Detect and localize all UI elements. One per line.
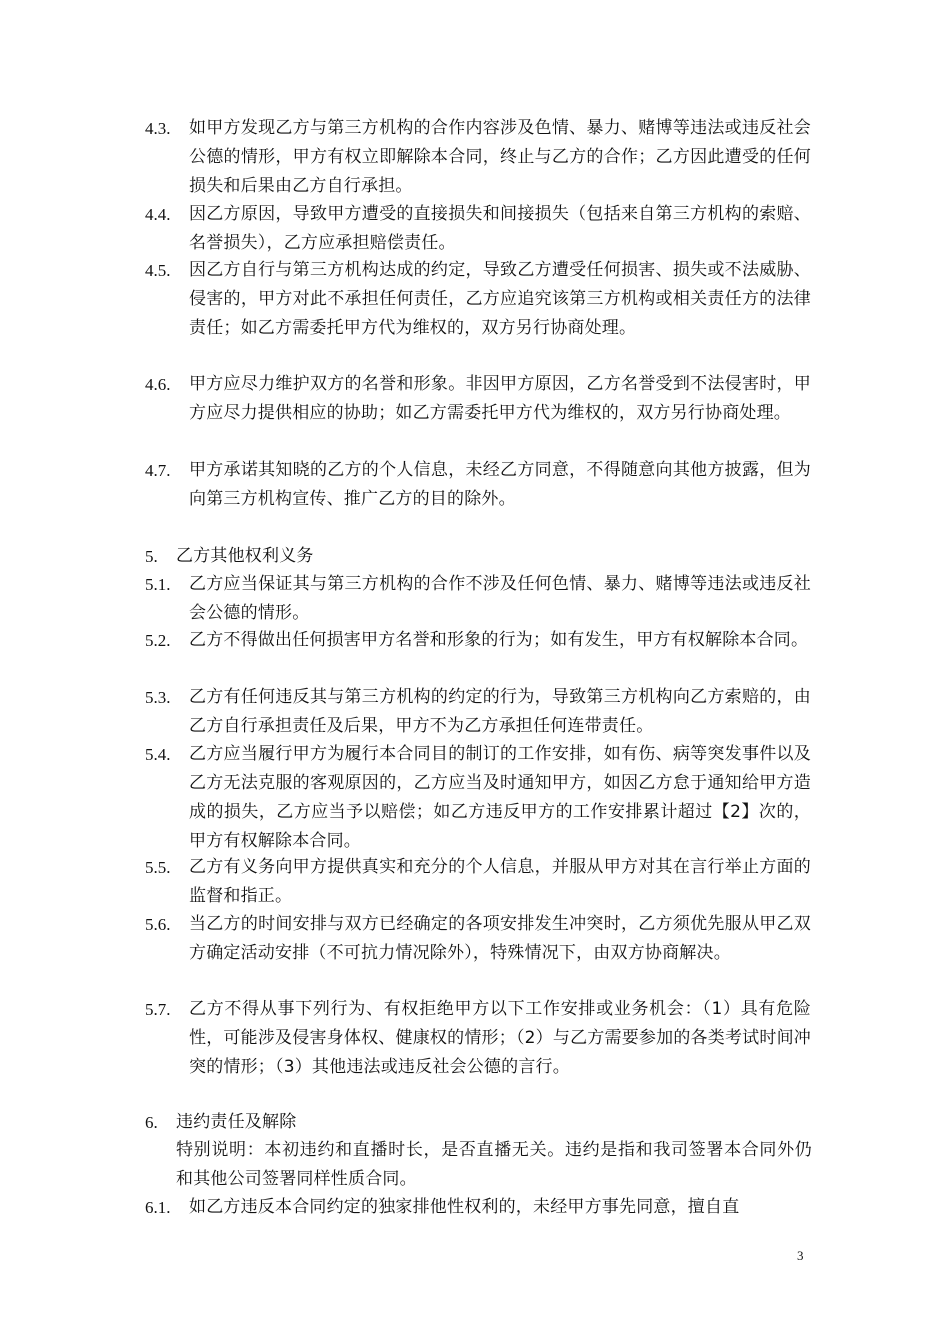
clause-text: 乙方不得做出任何损害甲方名誉和形象的行为；如有发生，甲方有权解除本合同。 <box>189 626 811 655</box>
clause-text: 因乙方自行与第三方机构达成的约定，导致乙方遭受任何损害、损失或不法威胁、侵害的，… <box>189 256 811 343</box>
clause-text: 甲方应尽力维护双方的名誉和形象。非因甲方原因，乙方名誉受到不法侵害时，甲方应尽力… <box>189 370 811 428</box>
clause-text: 甲方承诺其知晓的乙方的个人信息，未经乙方同意，不得随意向其他方披露，但为向第三方… <box>189 456 811 514</box>
clause-5-1: 5.1. 乙方应当保证其与第三方机构的合作不涉及任何色情、暴力、赌博等违法或违反… <box>145 570 815 628</box>
clause-4-3: 4.3. 如甲方发现乙方与第三方机构的合作内容涉及色情、暴力、赌博等违法或违反社… <box>145 114 815 201</box>
clause-5-5: 5.5. 乙方有义务向甲方提供真实和充分的个人信息，并服从甲方对其在言行举止方面… <box>145 853 815 911</box>
section-title: 违约责任及解除 <box>176 1108 798 1137</box>
clause-text: 乙方应当保证其与第三方机构的合作不涉及任何色情、暴力、赌博等违法或违反社会公德的… <box>189 570 811 628</box>
clause-text: 乙方不得从事下列行为、有权拒绝甲方以下工作安排或业务机会：（1）具有危险性，可能… <box>189 995 811 1082</box>
clause-number: 4.3. <box>145 114 171 143</box>
clause-number: 4.5. <box>145 256 171 285</box>
clause-text: 如甲方发现乙方与第三方机构的合作内容涉及色情、暴力、赌博等违法或违反社会公德的情… <box>189 114 811 201</box>
clause-number: 5.4. <box>145 740 171 769</box>
clause-5-2: 5.2. 乙方不得做出任何损害甲方名誉和形象的行为；如有发生，甲方有权解除本合同… <box>145 626 815 684</box>
clause-text: 因乙方原因，导致甲方遭受的直接损失和间接损失（包括来自第三方机构的索赔、名誉损失… <box>189 200 811 258</box>
section-title: 乙方其他权利义务 <box>176 542 798 571</box>
clause-text: 乙方有义务向甲方提供真实和充分的个人信息，并服从甲方对其在言行举止方面的监督和指… <box>189 853 811 911</box>
page-number: 3 <box>797 1248 804 1264</box>
clause-number: 5.1. <box>145 570 171 599</box>
clause-number: 5.5. <box>145 853 171 882</box>
clause-text: 乙方有任何违反其与第三方机构的约定的行为，导致第三方机构向乙方索赔的，由乙方自行… <box>189 683 811 741</box>
clause-4-6: 4.6. 甲方应尽力维护双方的名誉和形象。非因甲方原因，乙方名誉受到不法侵害时，… <box>145 370 815 457</box>
clause-text: 当乙方的时间安排与双方已经确定的各项安排发生冲突时，乙方须优先服从甲乙双方确定活… <box>189 910 811 968</box>
clause-text: 乙方应当履行甲方为履行本合同目的制订的工作安排，如有伤、病等突发事件以及乙方无法… <box>189 740 811 856</box>
section-number: 6. <box>145 1108 158 1137</box>
clause-text: 如乙方违反本合同约定的独家排他性权利的，未经甲方事先同意，擅自直 <box>189 1193 811 1222</box>
clause-4-4: 4.4. 因乙方原因，导致甲方遭受的直接损失和间接损失（包括来自第三方机构的索赔… <box>145 200 815 258</box>
clause-number: 6.1. <box>145 1193 171 1222</box>
clause-number: 4.4. <box>145 200 171 229</box>
clause-5-3: 5.3. 乙方有任何违反其与第三方机构的约定的行为，导致第三方机构向乙方索赔的，… <box>145 683 815 741</box>
clause-number: 5.3. <box>145 683 171 712</box>
clause-4-7: 4.7. 甲方承诺其知晓的乙方的个人信息，未经乙方同意，不得随意向其他方披露，但… <box>145 456 815 514</box>
special-note: 特别说明：本初违约和直播时长，是否直播无关。违约是指和我司签署本合同外仍和其他公… <box>176 1136 812 1194</box>
section-6-heading: 6. 违约责任及解除 <box>145 1108 815 1137</box>
clause-6-1: 6.1. 如乙方违反本合同约定的独家排他性权利的，未经甲方事先同意，擅自直 <box>145 1193 815 1222</box>
clause-number: 5.6. <box>145 910 171 939</box>
section-number: 5. <box>145 542 158 571</box>
clause-5-4: 5.4. 乙方应当履行甲方为履行本合同目的制订的工作安排，如有伤、病等突发事件以… <box>145 740 815 856</box>
clause-number: 4.7. <box>145 456 171 485</box>
clause-number: 4.6. <box>145 370 171 399</box>
clause-number: 5.7. <box>145 995 171 1024</box>
clause-5-6: 5.6. 当乙方的时间安排与双方已经确定的各项安排发生冲突时，乙方须优先服从甲乙… <box>145 910 815 997</box>
clause-4-5: 4.5. 因乙方自行与第三方机构达成的约定，导致乙方遭受任何损害、损失或不法威胁… <box>145 256 815 372</box>
section-5-heading: 5. 乙方其他权利义务 <box>145 542 815 571</box>
document-page: 4.3. 如甲方发现乙方与第三方机构的合作内容涉及色情、暴力、赌博等违法或违反社… <box>0 0 950 1344</box>
clause-5-7: 5.7. 乙方不得从事下列行为、有权拒绝甲方以下工作安排或业务机会：（1）具有危… <box>145 995 815 1082</box>
clause-number: 5.2. <box>145 626 171 655</box>
